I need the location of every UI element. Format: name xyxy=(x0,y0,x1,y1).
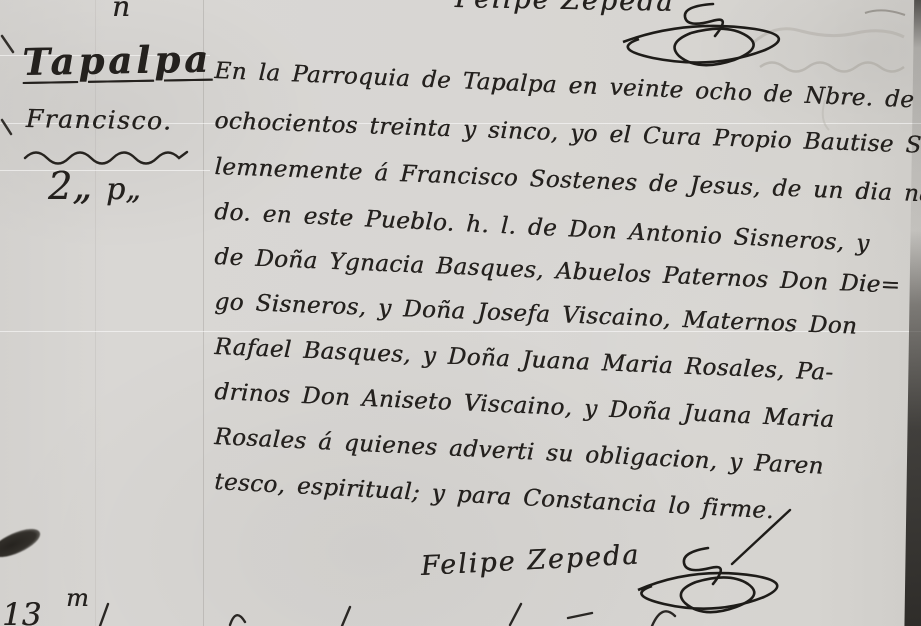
margin-bottom-mark: m xyxy=(66,584,89,612)
signature-rubric-top xyxy=(595,0,805,58)
body-line: go Sisneros, y Doña Josefa Viscaino, Mat… xyxy=(214,289,914,342)
margin-top-mark: n xyxy=(112,0,130,23)
margin-entry-number: 2„ xyxy=(48,164,92,208)
register-page: n Tapalpa Francisco. 2„ p„ m 13 Felipe Z… xyxy=(0,0,921,626)
margin-rule-line xyxy=(203,0,204,626)
priest-signature-bottom: Felipe Zepeda xyxy=(420,540,641,582)
body-line: lemnemente á Francisco Sostenes de Jesus… xyxy=(214,154,914,207)
margin-place-name: Tapalpa xyxy=(22,37,212,84)
scratch-line xyxy=(0,170,210,171)
body-line: Rafael Basques, y Doña Juana Maria Rosal… xyxy=(214,334,914,389)
margin-child-name: Francisco. xyxy=(25,104,172,136)
faint-fold-line xyxy=(95,0,96,626)
margin-bottom-number: 13 xyxy=(2,597,41,626)
margin-abbreviation: p„ xyxy=(106,172,141,207)
body-line: drinos Don Aniseto Viscaino, y Doña Juan… xyxy=(214,379,914,437)
ink-blot xyxy=(0,523,44,562)
cut-off-next-entry-strokes xyxy=(90,600,730,626)
cut-off-left-edge-strokes xyxy=(0,28,22,148)
